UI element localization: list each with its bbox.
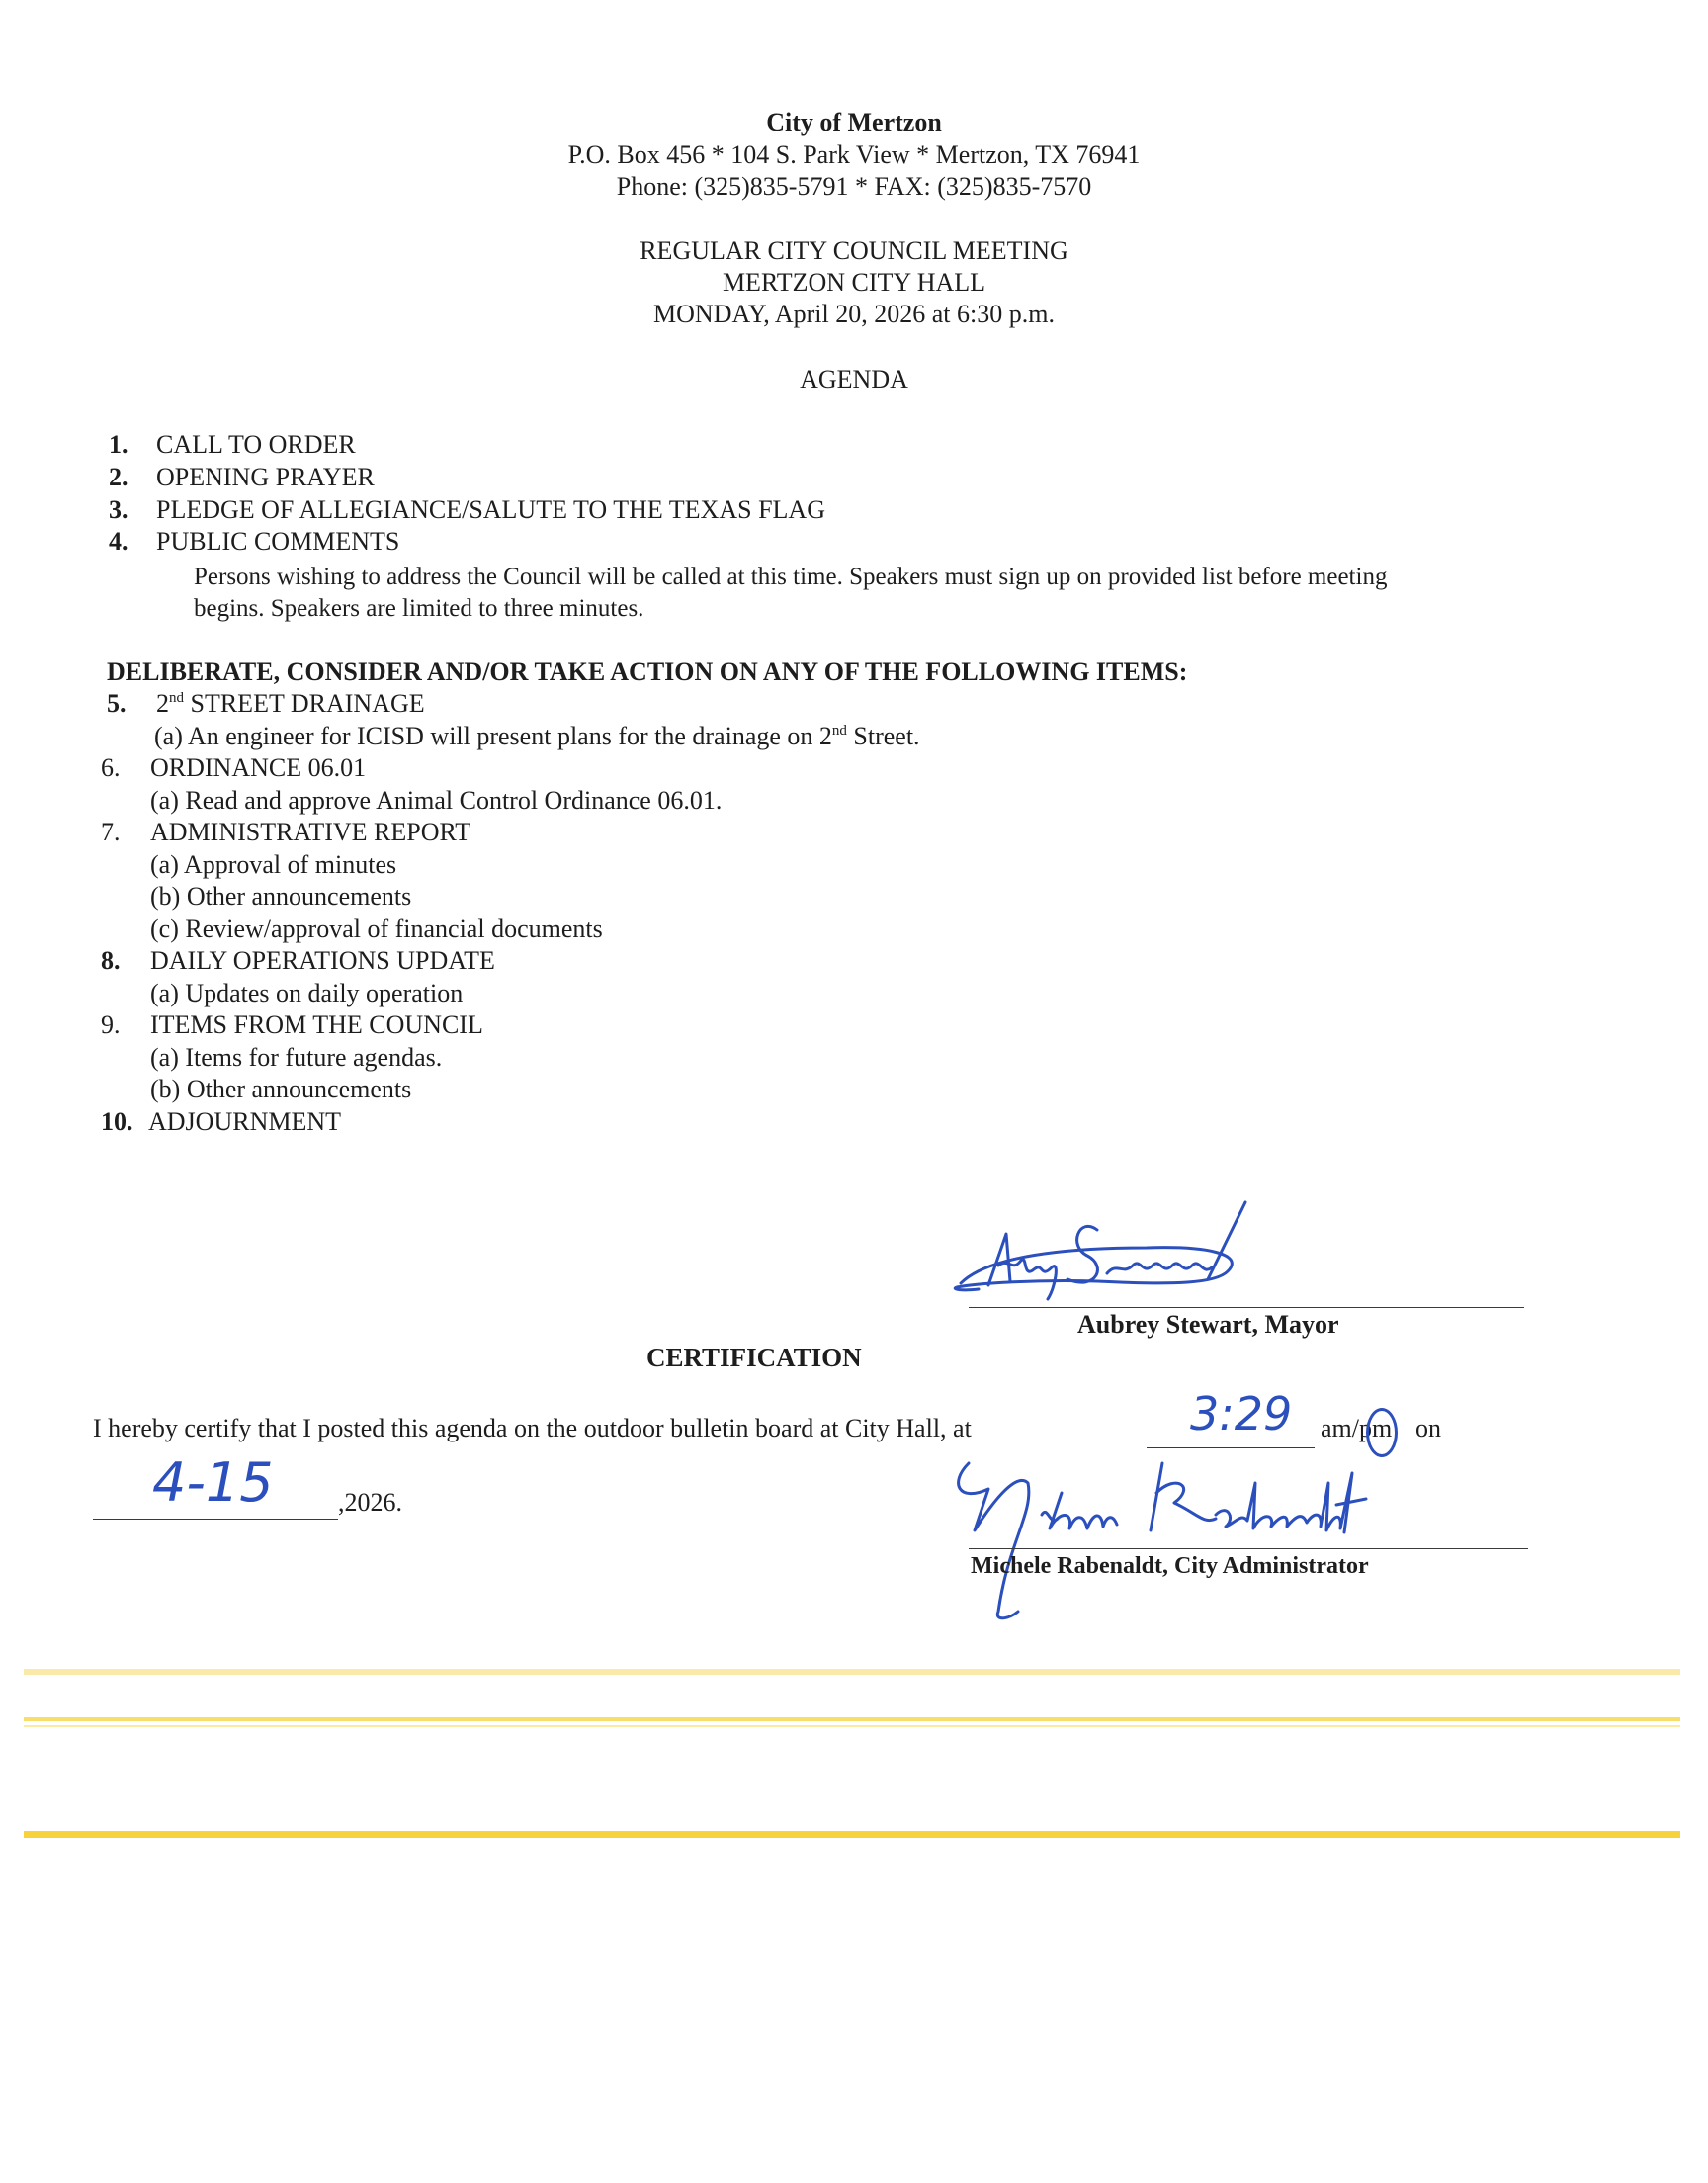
item-title: DAILY OPERATIONS UPDATE (150, 946, 495, 975)
agenda-item: 5.2nd STREET DRAINAGE (107, 688, 425, 720)
org-name: City of Mertzon (0, 107, 1708, 138)
date-field: 4-15 (93, 1451, 338, 1520)
item-note: Persons wishing to address the Council w… (194, 562, 1387, 593)
org-contact: Phone: (325)835-5791 * FAX: (325)835-757… (0, 171, 1708, 203)
item-number: 2. (109, 462, 156, 493)
item-number: 4. (109, 526, 156, 558)
ordinal-suffix: nd (169, 690, 184, 706)
document-title: AGENDA (0, 364, 1708, 395)
item-title: OPENING PRAYER (156, 463, 375, 491)
item-number: 9. (101, 1009, 150, 1041)
sub-item: (c) Review/approval of financial documen… (150, 914, 603, 945)
item-number: 10. (101, 1106, 148, 1138)
sub-item: (a) Updates on daily operation (150, 978, 463, 1009)
handwritten-time: 3:29 (1190, 1386, 1292, 1441)
scan-artifact-line (24, 1669, 1680, 1675)
scan-artifact-line (24, 1717, 1680, 1721)
title-prefix: 2 (156, 689, 169, 718)
sub-text: (a) An engineer for ICISD will present p… (154, 722, 832, 750)
agenda-item: 3.PLEDGE OF ALLEGIANCE/SALUTE TO THE TEX… (109, 494, 825, 526)
ordinal-suffix: nd (832, 723, 847, 739)
mayor-name-title: Aubrey Stewart, Mayor (1077, 1309, 1339, 1341)
administrator-signature-line (969, 1548, 1528, 1549)
agenda-item: 1.CALL TO ORDER (109, 429, 356, 461)
sub-item: (b) Other announcements (150, 1074, 411, 1105)
item-title: PUBLIC COMMENTS (156, 527, 399, 556)
agenda-item: 2.OPENING PRAYER (109, 462, 375, 493)
item-number: 1. (109, 429, 156, 461)
item-number: 3. (109, 494, 156, 526)
pm-circled-mark (1366, 1408, 1398, 1457)
scan-artifact-line (24, 1725, 1680, 1727)
administrator-signature-ink (939, 1453, 1512, 1621)
item-number: 5. (107, 688, 156, 720)
time-field: 3:29 (1147, 1384, 1315, 1448)
item-title: 2nd STREET DRAINAGE (156, 689, 425, 718)
item-title: ITEMS FROM THE COUNCIL (150, 1010, 483, 1039)
agenda-item: 4.PUBLIC COMMENTS (109, 526, 399, 558)
item-title: ADJOURNMENT (148, 1107, 341, 1136)
sub-text: Street. (847, 722, 920, 750)
item-number: 7. (101, 817, 150, 848)
handwritten-date: 4-15 (152, 1451, 274, 1515)
item-number: 8. (101, 945, 150, 977)
item-title: ORDINANCE 06.01 (150, 753, 366, 782)
sub-item: (a) Items for future agendas. (150, 1042, 442, 1074)
item-number: 6. (101, 752, 150, 784)
agenda-item: 6.ORDINANCE 06.01 (101, 752, 366, 784)
scan-artifact-line (24, 1831, 1680, 1838)
sub-item: (a) Approval of minutes (150, 849, 396, 881)
meeting-location: MERTZON CITY HALL (0, 267, 1708, 299)
mayor-signature-ink (949, 1196, 1324, 1305)
mayor-signature-line (969, 1307, 1524, 1308)
item-title: CALL TO ORDER (156, 430, 356, 459)
sub-item: (b) Other announcements (150, 881, 411, 913)
agenda-item: 10.ADJOURNMENT (101, 1106, 341, 1138)
meeting-datetime: MONDAY, April 20, 2026 at 6:30 p.m. (0, 299, 1708, 330)
org-address: P.O. Box 456 * 104 S. Park View * Mertzo… (0, 139, 1708, 171)
item-title: ADMINISTRATIVE REPORT (150, 818, 470, 846)
certification-heading: CERTIFICATION (646, 1342, 862, 1373)
section-heading: DELIBERATE, CONSIDER AND/OR TAKE ACTION … (107, 656, 1187, 688)
agenda-item: 8.DAILY OPERATIONS UPDATE (101, 945, 495, 977)
sub-item: (a) Read and approve Animal Control Ordi… (150, 785, 722, 817)
item-title: PLEDGE OF ALLEGIANCE/SALUTE TO THE TEXAS… (156, 495, 825, 524)
agenda-item: 9.ITEMS FROM THE COUNCIL (101, 1009, 483, 1041)
agenda-item: 7.ADMINISTRATIVE REPORT (101, 817, 470, 848)
meeting-type: REGULAR CITY COUNCIL MEETING (0, 235, 1708, 267)
certification-text-on: on (1415, 1413, 1441, 1444)
certification-text: I hereby certify that I posted this agen… (93, 1413, 972, 1444)
administrator-name-title: Michele Rabenaldt, City Administrator (971, 1550, 1369, 1582)
sub-item: (a) An engineer for ICISD will present p… (154, 721, 920, 752)
title-rest: STREET DRAINAGE (184, 689, 425, 718)
year-suffix: ,2026. (338, 1487, 402, 1519)
item-note: begins. Speakers are limited to three mi… (194, 593, 643, 625)
